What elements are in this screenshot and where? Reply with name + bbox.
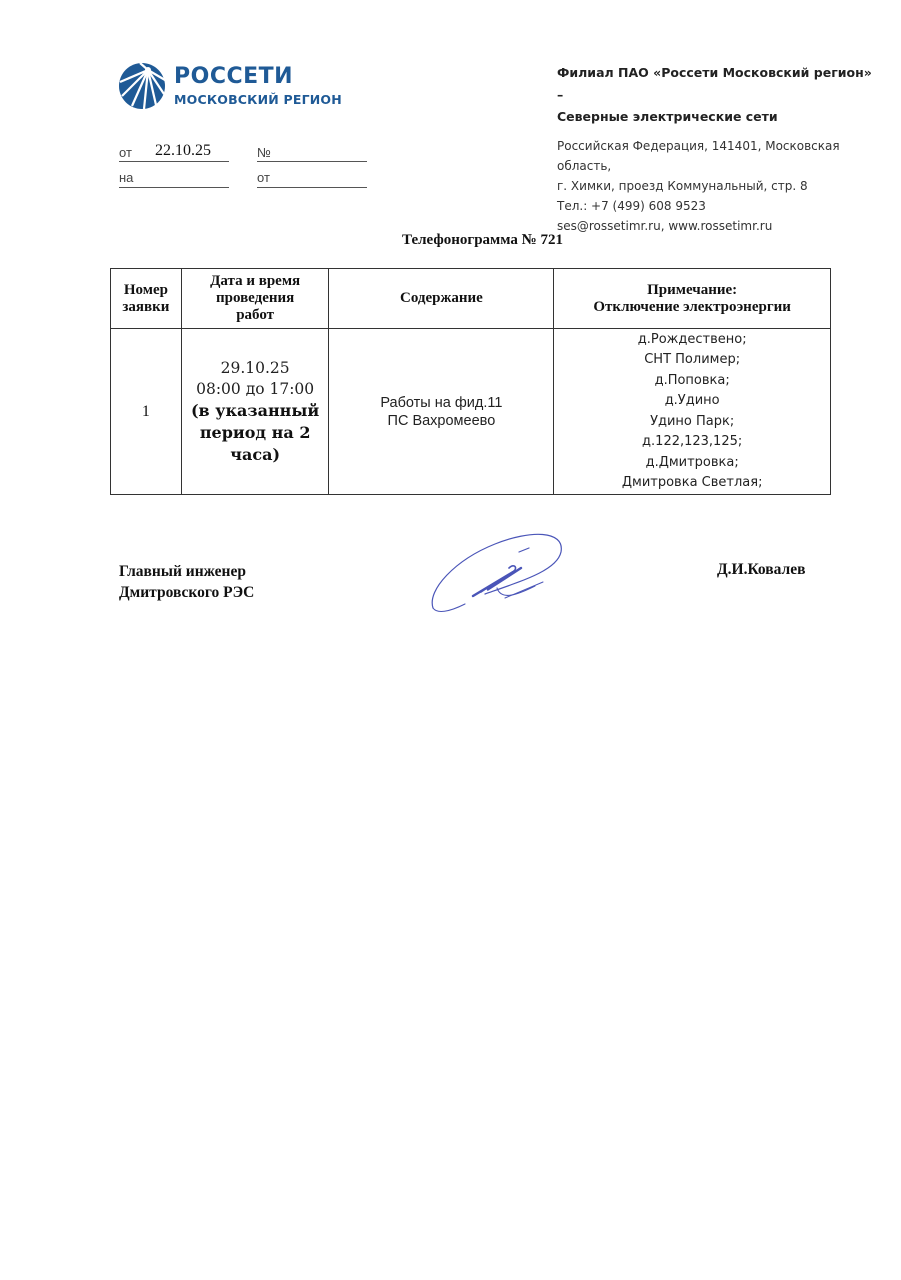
to-field-underline (119, 187, 229, 188)
header-note: Примечание: Отключение электроэнергии (554, 269, 831, 329)
area-item: д.Рождествено; (554, 330, 830, 351)
signatory-role: Главный инженер Дмитровского РЭС (119, 561, 254, 603)
number-field-underline (257, 161, 367, 162)
header-content: Содержание (329, 269, 554, 329)
area-item: Удино Парк; (554, 412, 830, 433)
table-row: 1 29.10.25 08:00 до 17:00 (в указанный п… (111, 329, 831, 495)
area-item: д.122,123,125; (554, 432, 830, 453)
company-phone: Тел.: +7 (499) 608 9523 (557, 196, 877, 216)
area-item: д.Удино (554, 391, 830, 412)
to-label: на (119, 170, 133, 185)
area-item: д.Дмитровка; (554, 453, 830, 474)
handwritten-signature-icon (425, 530, 570, 618)
logo-title: РОССЕТИ (174, 64, 293, 89)
outage-table: Номер заявки Дата и время проведения раб… (110, 268, 831, 495)
cell-request-number: 1 (111, 329, 182, 495)
rosseti-globe-logo-icon (118, 62, 166, 110)
company-info: Филиал ПАО «Россети Московский регион» –… (557, 62, 877, 236)
company-address-line1: Российская Федерация, 141401, Московская… (557, 136, 877, 176)
cell-content: Работы на фид.11 ПС Вахромеево (329, 329, 554, 495)
from2-field-underline (257, 187, 367, 188)
work-date: 29.10.25 (182, 358, 329, 379)
company-logo: РОССЕТИ МОСКОВСКИЙ РЕГИОН (118, 62, 348, 112)
table-header-row: Номер заявки Дата и время проведения раб… (111, 269, 831, 329)
from-field-underline (119, 161, 229, 162)
from-date-value: 22.10.25 (155, 142, 211, 160)
area-item: СНТ Полимер; (554, 350, 830, 371)
company-name-line1: Филиал ПАО «Россети Московский регион» – (557, 62, 877, 106)
cell-date-time: 29.10.25 08:00 до 17:00 (в указанный пер… (181, 329, 329, 495)
number-label: № (257, 145, 271, 160)
work-time: 08:00 до 17:00 (182, 379, 329, 400)
cell-affected-areas: д.Рождествено; СНТ Полимер; д.Поповка; д… (554, 329, 831, 495)
area-item: д.Поповка; (554, 371, 830, 392)
header-date-time: Дата и время проведения работ (181, 269, 329, 329)
header-request-number: Номер заявки (111, 269, 182, 329)
company-address-line2: г. Химки, проезд Коммунальный, стр. 8 (557, 176, 877, 196)
from2-label: от (257, 170, 270, 185)
document-title: Телефонограмма № 721 (0, 232, 901, 249)
signatory-name: Д.И.Ковалев (717, 561, 806, 579)
from-label: от (119, 145, 132, 160)
company-name-line2: Северные электрические сети (557, 106, 877, 128)
area-item: Дмитровка Светлая; (554, 473, 830, 494)
logo-subtitle: МОСКОВСКИЙ РЕГИОН (174, 92, 342, 107)
